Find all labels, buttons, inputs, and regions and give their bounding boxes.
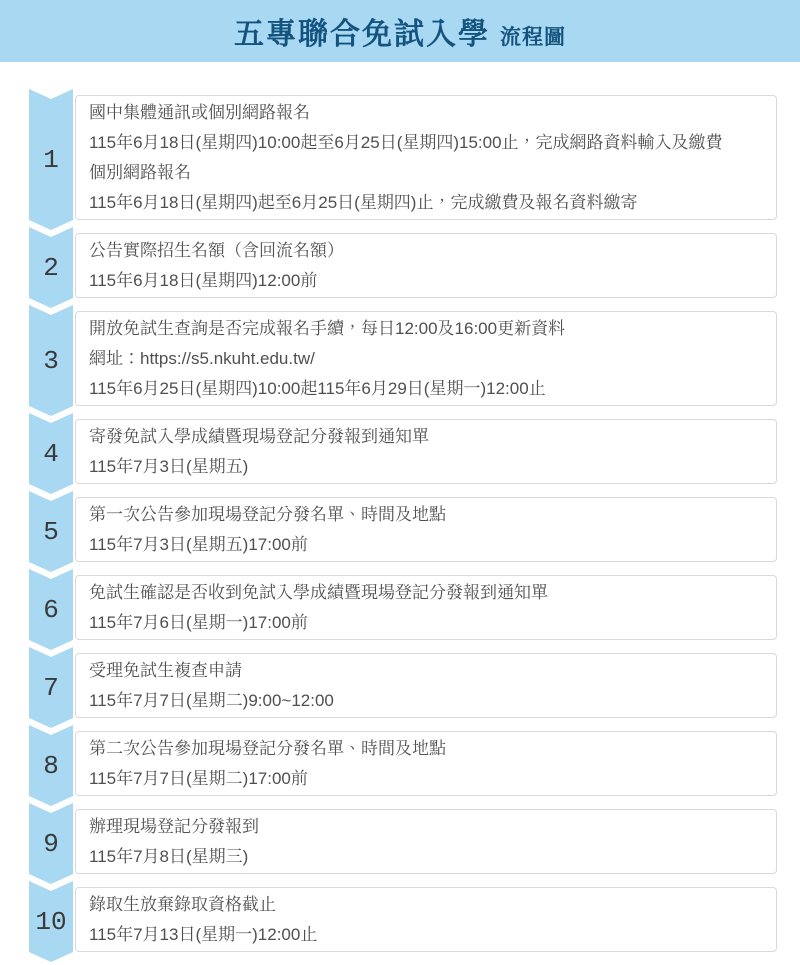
- step-text-line: 115年6月18日(星期四)10:00起至6月25日(星期四)15:00止，完成…: [89, 128, 763, 158]
- step-text-line: 115年7月7日(星期二)9:00~12:00: [89, 686, 763, 716]
- step-number: 5: [43, 519, 59, 545]
- step-chevron-marker: 2: [29, 227, 73, 308]
- step-chevron-marker: 7: [29, 647, 73, 728]
- step-number: 3: [43, 348, 59, 374]
- step-text-line: 115年7月3日(星期五)17:00前: [89, 530, 763, 560]
- page-title-main: 五專聯合免試入學: [234, 9, 490, 53]
- step-text-line: 免試生確認是否收到免試入學成績暨現場登記分發報到通知單: [89, 578, 763, 608]
- step-row: 4 寄發免試入學成績暨現場登記分發報到通知單115年7月3日(星期五): [29, 419, 777, 484]
- step-content-box: 第一次公告參加現場登記分發名單、時間及地點115年7月3日(星期五)17:00前: [75, 497, 777, 562]
- step-content-box: 公告實際招生名額（含回流名額）115年6月18日(星期四)12:00前: [75, 233, 777, 298]
- step-text-line: 第一次公告參加現場登記分發名單、時間及地點: [89, 500, 763, 530]
- step-number: 8: [43, 753, 59, 779]
- step-content-box: 寄發免試入學成績暨現場登記分發報到通知單115年7月3日(星期五): [75, 419, 777, 484]
- step-text-line: 115年7月8日(星期三): [89, 842, 763, 872]
- step-number: 6: [43, 597, 59, 623]
- step-text-line: 第二次公告參加現場登記分發名單、時間及地點: [89, 734, 763, 764]
- step-row: 7 受理免試生複查申請115年7月7日(星期二)9:00~12:00: [29, 653, 777, 718]
- step-row: 3 開放免試生查詢是否完成報名手續，每日12:00及16:00更新資料網址：ht…: [29, 311, 777, 406]
- step-text-line: 115年7月3日(星期五): [89, 452, 763, 482]
- step-row: 2 公告實際招生名額（含回流名額）115年6月18日(星期四)12:00前: [29, 233, 777, 298]
- step-number: 4: [43, 441, 59, 467]
- step-chevron-marker: 5: [29, 491, 73, 572]
- step-content-box: 國中集體通訊或個別網路報名115年6月18日(星期四)10:00起至6月25日(…: [75, 95, 777, 220]
- step-text-line: 115年7月13日(星期一)12:00止: [89, 920, 763, 950]
- step-text-line: 辦理現場登記分發報到: [89, 812, 763, 842]
- step-number: 9: [43, 831, 59, 857]
- step-chevron-marker: 1: [29, 89, 73, 230]
- step-row: 9 辦理現場登記分發報到115年7月8日(星期三): [29, 809, 777, 874]
- step-number: 7: [43, 675, 59, 701]
- step-text-line: 公告實際招生名額（含回流名額）: [89, 236, 763, 266]
- step-text-line: 115年7月7日(星期二)17:00前: [89, 764, 763, 794]
- step-chevron-marker: 3: [29, 305, 73, 416]
- step-row: 5 第一次公告參加現場登記分發名單、時間及地點115年7月3日(星期五)17:0…: [29, 497, 777, 562]
- step-text-line: 115年6月18日(星期四)起至6月25日(星期四)止，完成繳費及報名資料繳寄: [89, 188, 763, 218]
- page-title: 五專聯合免試入學 流程圖: [234, 9, 566, 53]
- step-text-line: 網址：https://s5.nkuht.edu.tw/: [89, 344, 763, 374]
- step-chevron-marker: 9: [29, 803, 73, 884]
- page-title-subtitle: 流程圖: [500, 21, 566, 51]
- step-chevron-marker: 10: [29, 881, 73, 962]
- step-number: 2: [43, 255, 59, 281]
- step-content-box: 免試生確認是否收到免試入學成績暨現場登記分發報到通知單115年7月6日(星期一)…: [75, 575, 777, 640]
- step-text-line: 錄取生放棄錄取資格截止: [89, 890, 763, 920]
- step-content-box: 錄取生放棄錄取資格截止115年7月13日(星期一)12:00止: [75, 887, 777, 952]
- step-content-box: 開放免試生查詢是否完成報名手續，每日12:00及16:00更新資料網址：http…: [75, 311, 777, 406]
- step-text-line: 115年6月25日(星期四)10:00起115年6月29日(星期一)12:00止: [89, 374, 763, 404]
- step-text-line: 開放免試生查詢是否完成報名手續，每日12:00及16:00更新資料: [89, 314, 763, 344]
- step-text-line: 個別網路報名: [89, 158, 763, 188]
- step-chevron-marker: 8: [29, 725, 73, 806]
- step-content-box: 辦理現場登記分發報到115年7月8日(星期三): [75, 809, 777, 874]
- step-row: 10 錄取生放棄錄取資格截止115年7月13日(星期一)12:00止: [29, 887, 777, 952]
- step-row: 1 國中集體通訊或個別網路報名115年6月18日(星期四)10:00起至6月25…: [29, 95, 777, 220]
- step-text-line: 115年7月6日(星期一)17:00前: [89, 608, 763, 638]
- step-row: 6 免試生確認是否收到免試入學成績暨現場登記分發報到通知單115年7月6日(星期…: [29, 575, 777, 640]
- step-text-line: 115年6月18日(星期四)12:00前: [89, 266, 763, 296]
- page-header: 五專聯合免試入學 流程圖: [0, 0, 800, 62]
- step-number: 1: [43, 147, 59, 173]
- step-chevron-marker: 4: [29, 413, 73, 494]
- step-row: 8 第二次公告參加現場登記分發名單、時間及地點115年7月7日(星期二)17:0…: [29, 731, 777, 796]
- step-content-box: 受理免試生複查申請115年7月7日(星期二)9:00~12:00: [75, 653, 777, 718]
- step-content-box: 第二次公告參加現場登記分發名單、時間及地點115年7月7日(星期二)17:00前: [75, 731, 777, 796]
- flowchart-steps-list: 1 國中集體通訊或個別網路報名115年6月18日(星期四)10:00起至6月25…: [29, 95, 777, 952]
- step-text-line: 國中集體通訊或個別網路報名: [89, 98, 763, 128]
- step-text-line: 寄發免試入學成績暨現場登記分發報到通知單: [89, 422, 763, 452]
- step-chevron-marker: 6: [29, 569, 73, 650]
- step-number: 10: [35, 909, 66, 935]
- step-text-line: 受理免試生複查申請: [89, 656, 763, 686]
